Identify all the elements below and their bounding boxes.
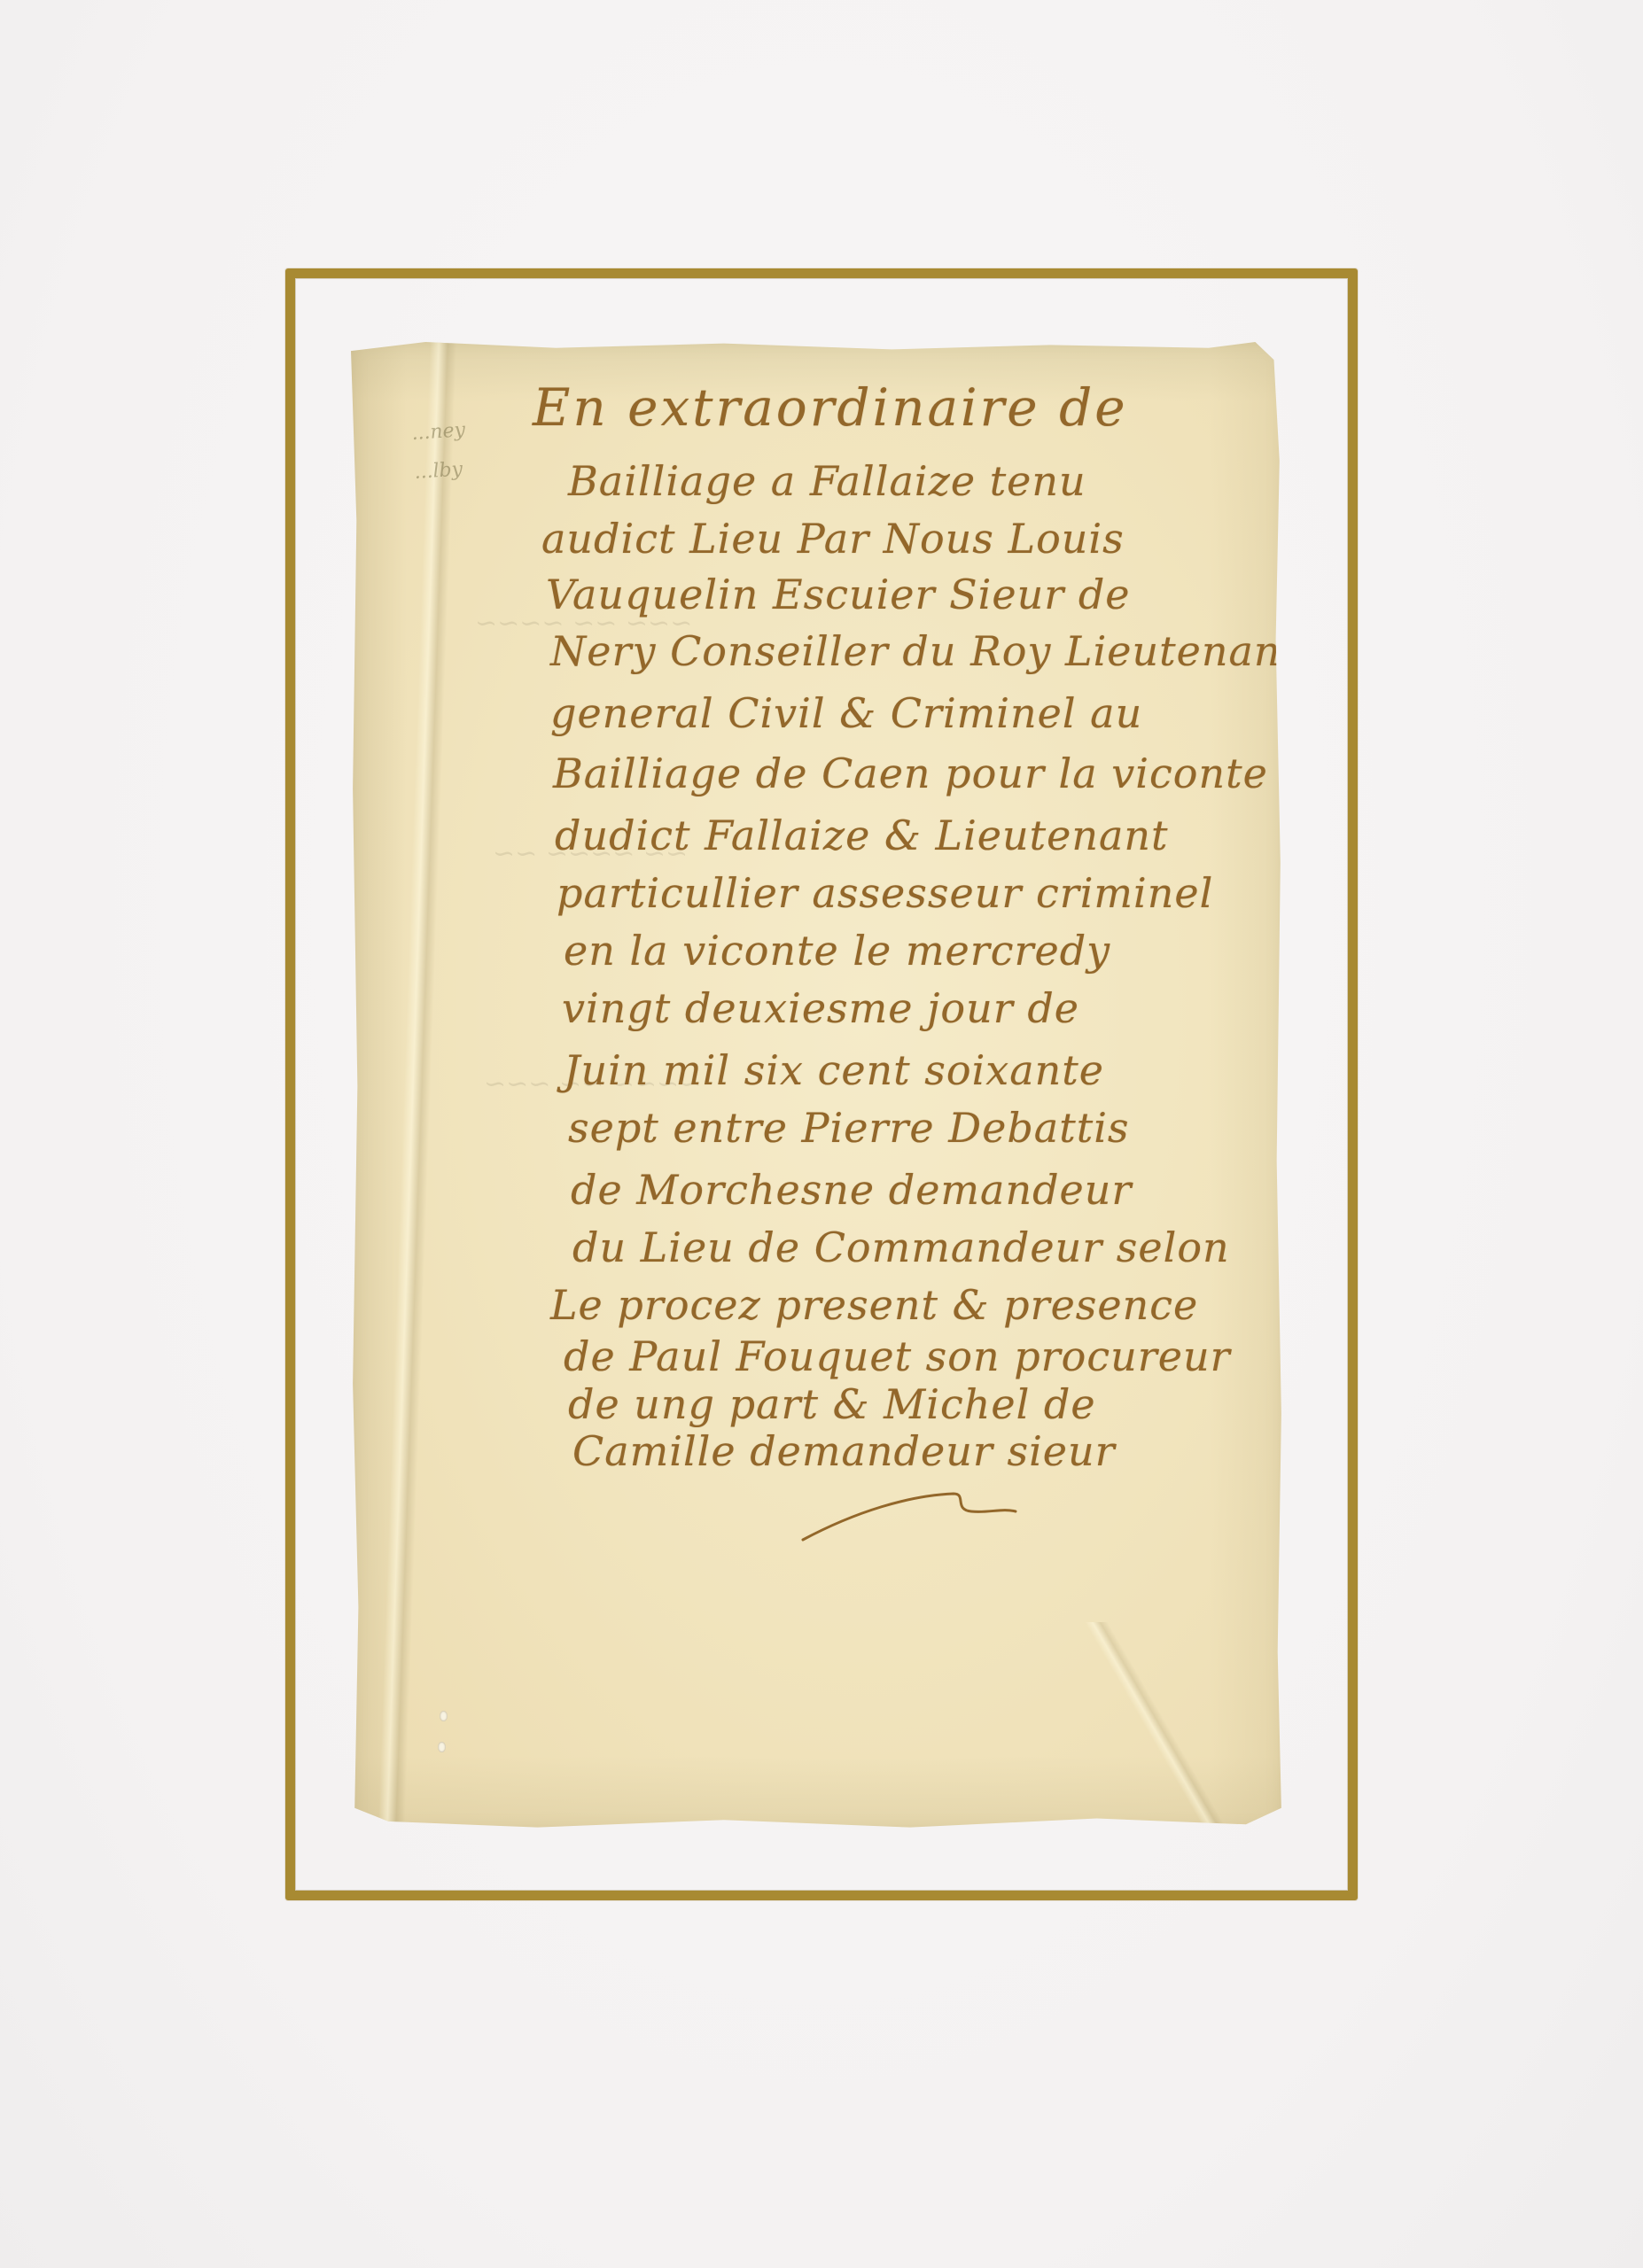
manuscript-line: du Lieu de Commandeur selon xyxy=(572,1223,1230,1271)
manuscript-line: de ung part & Michel de xyxy=(568,1380,1096,1428)
manuscript-line: particullier assesseur criminel xyxy=(557,869,1213,917)
manuscript-line: sept entre Pierre Debattis xyxy=(568,1104,1130,1152)
manuscript-line: de Morchesne demandeur xyxy=(571,1166,1132,1214)
manuscript-paper: ~~~ ~~ ~~~~ ~~ ~~~~ ~~ ~~~~ ~~ ~~~ ...ne… xyxy=(351,342,1283,1830)
pinhole-mark xyxy=(440,1711,448,1721)
manuscript-heading: En extraordinaire de xyxy=(533,377,1128,438)
pinhole-mark xyxy=(438,1742,446,1752)
manuscript-line: Camille demandeur sieur xyxy=(572,1427,1116,1475)
manuscript-line: audict Lieu Par Nous Louis xyxy=(541,515,1125,563)
manuscript-line: Vauquelin Escuier Sieur de xyxy=(546,571,1131,618)
manuscript-line: general Civil & Criminel au xyxy=(550,689,1142,737)
manuscript-text: En extraordinaire de Bailliage a Fallaiz… xyxy=(351,342,1283,1830)
closing-flourish-icon xyxy=(794,1485,1024,1547)
manuscript-line: en la viconte le mercredy xyxy=(564,927,1110,975)
manuscript-line: Bailliage a Fallaize tenu xyxy=(568,457,1086,505)
manuscript-line: Bailliage de Caen pour la viconte xyxy=(553,750,1268,797)
manuscript-line: de Paul Fouquet son procureur xyxy=(564,1332,1231,1380)
manuscript-line: Nery Conseiller du Roy Lieutenant xyxy=(550,627,1298,675)
manuscript-line: dudict Fallaize & Lieutenant xyxy=(555,812,1169,859)
manuscript-line: Le procez present & presence xyxy=(550,1281,1198,1329)
manuscript-line: vingt deuxiesme jour de xyxy=(562,984,1079,1032)
manuscript-line: Juin mil six cent soixante xyxy=(564,1046,1104,1094)
